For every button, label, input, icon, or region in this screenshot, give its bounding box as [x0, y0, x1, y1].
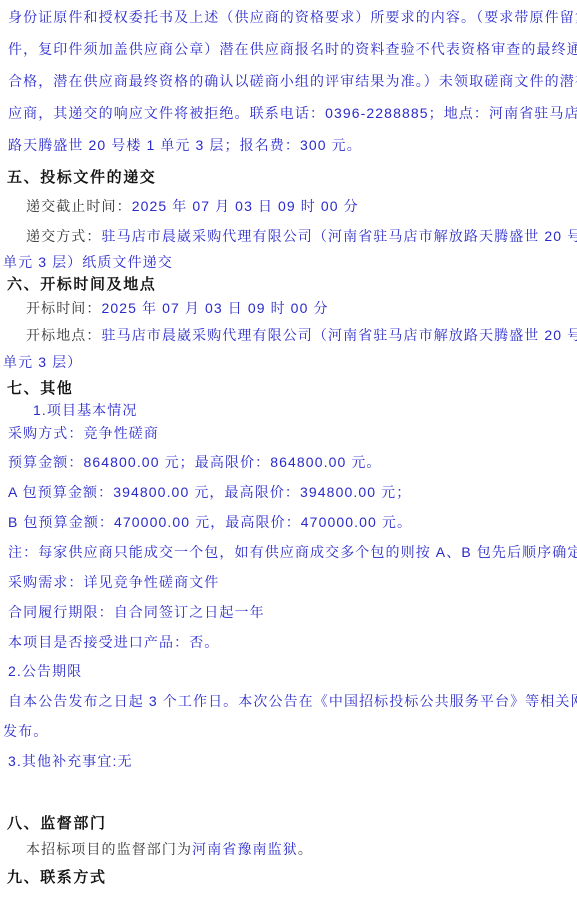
- section6-heading: 六、开标时间及地点: [7, 273, 156, 294]
- budget-amount: 预算金额：864800.00 元；最高限价：864800.00 元。: [8, 453, 382, 471]
- bid-opening-time-label: 开标时间：: [26, 300, 102, 316]
- import-products: 本项目是否接受进口产品：否。: [8, 633, 219, 651]
- bid-opening-time-row: 开标时间：2025 年 07 月 03 日 09 时 00 分: [26, 299, 329, 317]
- bid-opening-place-continuation: 单元 3 层）: [3, 353, 82, 371]
- announcement-period-line-1: 自本公告发布之日起 3 个工作日。本次公告在《中国招标投标公共服务平台》等相关网…: [8, 692, 577, 710]
- intro-paragraph-line-1: 身份证原件和授权委托书及上述（供应商的资格要求）所要求的内容。（要求带原件留复印: [8, 8, 577, 26]
- supervision-body-prefix: 本招标项目的监督部门为: [26, 841, 192, 857]
- intro-paragraph-line-2: 件，复印件须加盖供应商公章）潜在供应商报名时的资料查验不代表资格审查的最终通过或: [8, 40, 577, 58]
- procurement-requirement: 采购需求：详见竞争性磋商文件: [8, 573, 219, 591]
- announcement-period-title: 2.公告期限: [8, 662, 82, 680]
- bid-opening-time-value: 2025 年 07 月 03 日 09 时 00 分: [102, 300, 329, 316]
- section7-heading: 七、其他: [7, 377, 73, 398]
- submission-deadline-label: 递交截止时间：: [26, 198, 132, 214]
- submission-deadline-row: 递交截止时间：2025 年 07 月 03 日 09 时 00 分: [26, 197, 359, 215]
- bid-opening-place-row: 开标地点：驻马店市晨崴采购代理有限公司（河南省驻马店市解放路天腾盛世 20 号楼…: [26, 326, 577, 344]
- contract-period: 合同履行期限：自合同签订之日起一年: [8, 603, 265, 621]
- supervision-body-text: 本招标项目的监督部门为河南省豫南监狱。: [26, 840, 313, 858]
- submission-method-row: 递交方式：驻马店市晨崴采购代理有限公司（河南省驻马店市解放路天腾盛世 20 号楼…: [26, 227, 577, 245]
- submission-method-value: 驻马店市晨崴采购代理有限公司（河南省驻马店市解放路天腾盛世 20 号楼 1: [102, 228, 577, 244]
- package-note: 注：每家供应商只能成交一个包，如有供应商成交多个包的则按 A、B 包先后顺序确定…: [8, 543, 577, 561]
- other-supplementary-title: 3.其他补充事宜:无: [8, 752, 133, 770]
- supervision-department-link[interactable]: 河南省豫南监狱: [192, 841, 298, 857]
- document-page: 身份证原件和授权委托书及上述（供应商的资格要求）所要求的内容。（要求带原件留复印…: [0, 0, 577, 909]
- bid-opening-place-value: 驻马店市晨崴采购代理有限公司（河南省驻马店市解放路天腾盛世 20 号楼 1: [102, 327, 577, 343]
- section9-heading: 九、联系方式: [7, 866, 107, 887]
- intro-paragraph-line-4: 应商，其递交的响应文件将被拒绝。联系电话：0396-2288885；地点：河南省…: [8, 104, 577, 122]
- package-b-budget: B 包预算金额：470000.00 元，最高限价：470000.00 元。: [8, 513, 412, 531]
- submission-method-continuation: 单元 3 层）纸质文件递交: [3, 253, 173, 271]
- procurement-method: 采购方式：竞争性磋商: [8, 424, 159, 442]
- announcement-period-line-2: 发布。: [3, 722, 48, 740]
- intro-paragraph-line-5: 路天腾盛世 20 号楼 1 单元 3 层；报名费：300 元。: [8, 136, 362, 154]
- package-a-budget: A 包预算金额：394800.00 元，最高限价：394800.00 元；: [8, 483, 411, 501]
- submission-method-label: 递交方式：: [26, 228, 102, 244]
- supervision-body-suffix: 。: [298, 841, 313, 857]
- intro-paragraph-line-3: 合格，潜在供应商最终资格的确认以磋商小组的评审结果为准。）未领取磋商文件的潜在供: [8, 72, 577, 90]
- section5-heading: 五、投标文件的递交: [7, 166, 156, 187]
- section8-heading: 八、监督部门: [7, 812, 107, 833]
- project-basic-info-title: 1.项目基本情况: [33, 401, 137, 419]
- bid-opening-place-label: 开标地点：: [26, 327, 102, 343]
- submission-deadline-value: 2025 年 07 月 03 日 09 时 00 分: [132, 198, 359, 214]
